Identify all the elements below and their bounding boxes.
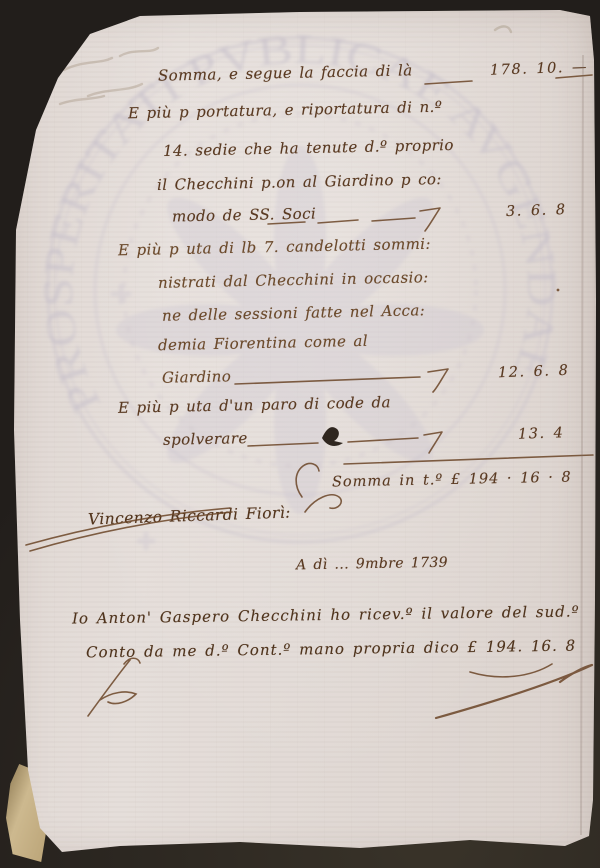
entry-line: Somma, e segue la faccia di là xyxy=(158,61,413,84)
paper-edge-shading xyxy=(0,0,600,868)
ink-blot xyxy=(322,427,343,446)
tally-mark xyxy=(420,208,440,231)
tally-mark xyxy=(428,369,448,392)
entry-amount: 3. 6. 8 xyxy=(506,202,567,220)
receipt-flourish xyxy=(470,664,552,677)
entry-amount: 12. 6. 8 xyxy=(498,363,570,381)
receipt-line: Conto da me d.º Cont.º mano propria dico… xyxy=(86,637,576,662)
entry-line: modo de SS. Soci xyxy=(172,204,316,225)
total-underrule xyxy=(344,455,593,464)
seal-center-emblem xyxy=(116,146,484,514)
entry-line: ne delle sessioni fatte nel Acca: xyxy=(162,301,426,325)
total-line: Somma in t.º £ 194 · 16 · 8 xyxy=(332,469,572,490)
paraph-flourish-left xyxy=(88,658,140,716)
paper-crease xyxy=(581,55,583,835)
entry-line: il Checchini p.on al Giardino p co: xyxy=(157,170,442,194)
watermark-seal: PROSPERITATI PVBLICAE AVGENDAE xyxy=(0,0,600,868)
tally-mark xyxy=(424,432,442,453)
dash-rule xyxy=(425,81,472,84)
entry-line: 14. sedie che ha tenute d.º proprio xyxy=(163,136,454,160)
signature: Vincenzo Riccardi Fiorì: xyxy=(88,503,291,528)
dash-rule xyxy=(235,377,420,384)
total-flourish xyxy=(296,464,319,497)
entry-amount: 13. 4 xyxy=(518,425,565,443)
entry-line: E più p portatura, e riportatura di n.º xyxy=(128,98,443,123)
receipt-line: Io Anton' Gaspero Checchini ho ricev.º i… xyxy=(72,602,580,627)
entry-line: E più p uta di lb 7. candelotti sommi: xyxy=(118,235,431,260)
manuscript-page: PROSPERITATI PVBLICAE AVGENDAE xyxy=(0,0,600,868)
entry-line: Giardino xyxy=(162,367,232,386)
signature-flourish xyxy=(305,495,341,512)
ink-strokes-overlay xyxy=(0,0,600,868)
ink-dot xyxy=(557,289,560,292)
entry-amount: 178. 10. — xyxy=(490,59,589,78)
entry-line: demia Fiorentina come al xyxy=(158,332,368,354)
dash-rule xyxy=(248,438,418,446)
entry-line: nistrati dal Checchini in occasio: xyxy=(158,268,429,292)
seal-ring-text: PROSPERITATI PVBLICAE AVGENDAE xyxy=(36,27,564,421)
date-line: A dì ... 9mbre 1739 xyxy=(296,555,448,574)
paraph-flourish-right xyxy=(436,665,592,718)
entry-line: spolverare xyxy=(163,429,248,449)
entry-line: E più p uta d'un paro di code da xyxy=(118,393,391,417)
scanned-document: PROSPERITATI PVBLICAE AVGENDAE xyxy=(0,0,600,868)
